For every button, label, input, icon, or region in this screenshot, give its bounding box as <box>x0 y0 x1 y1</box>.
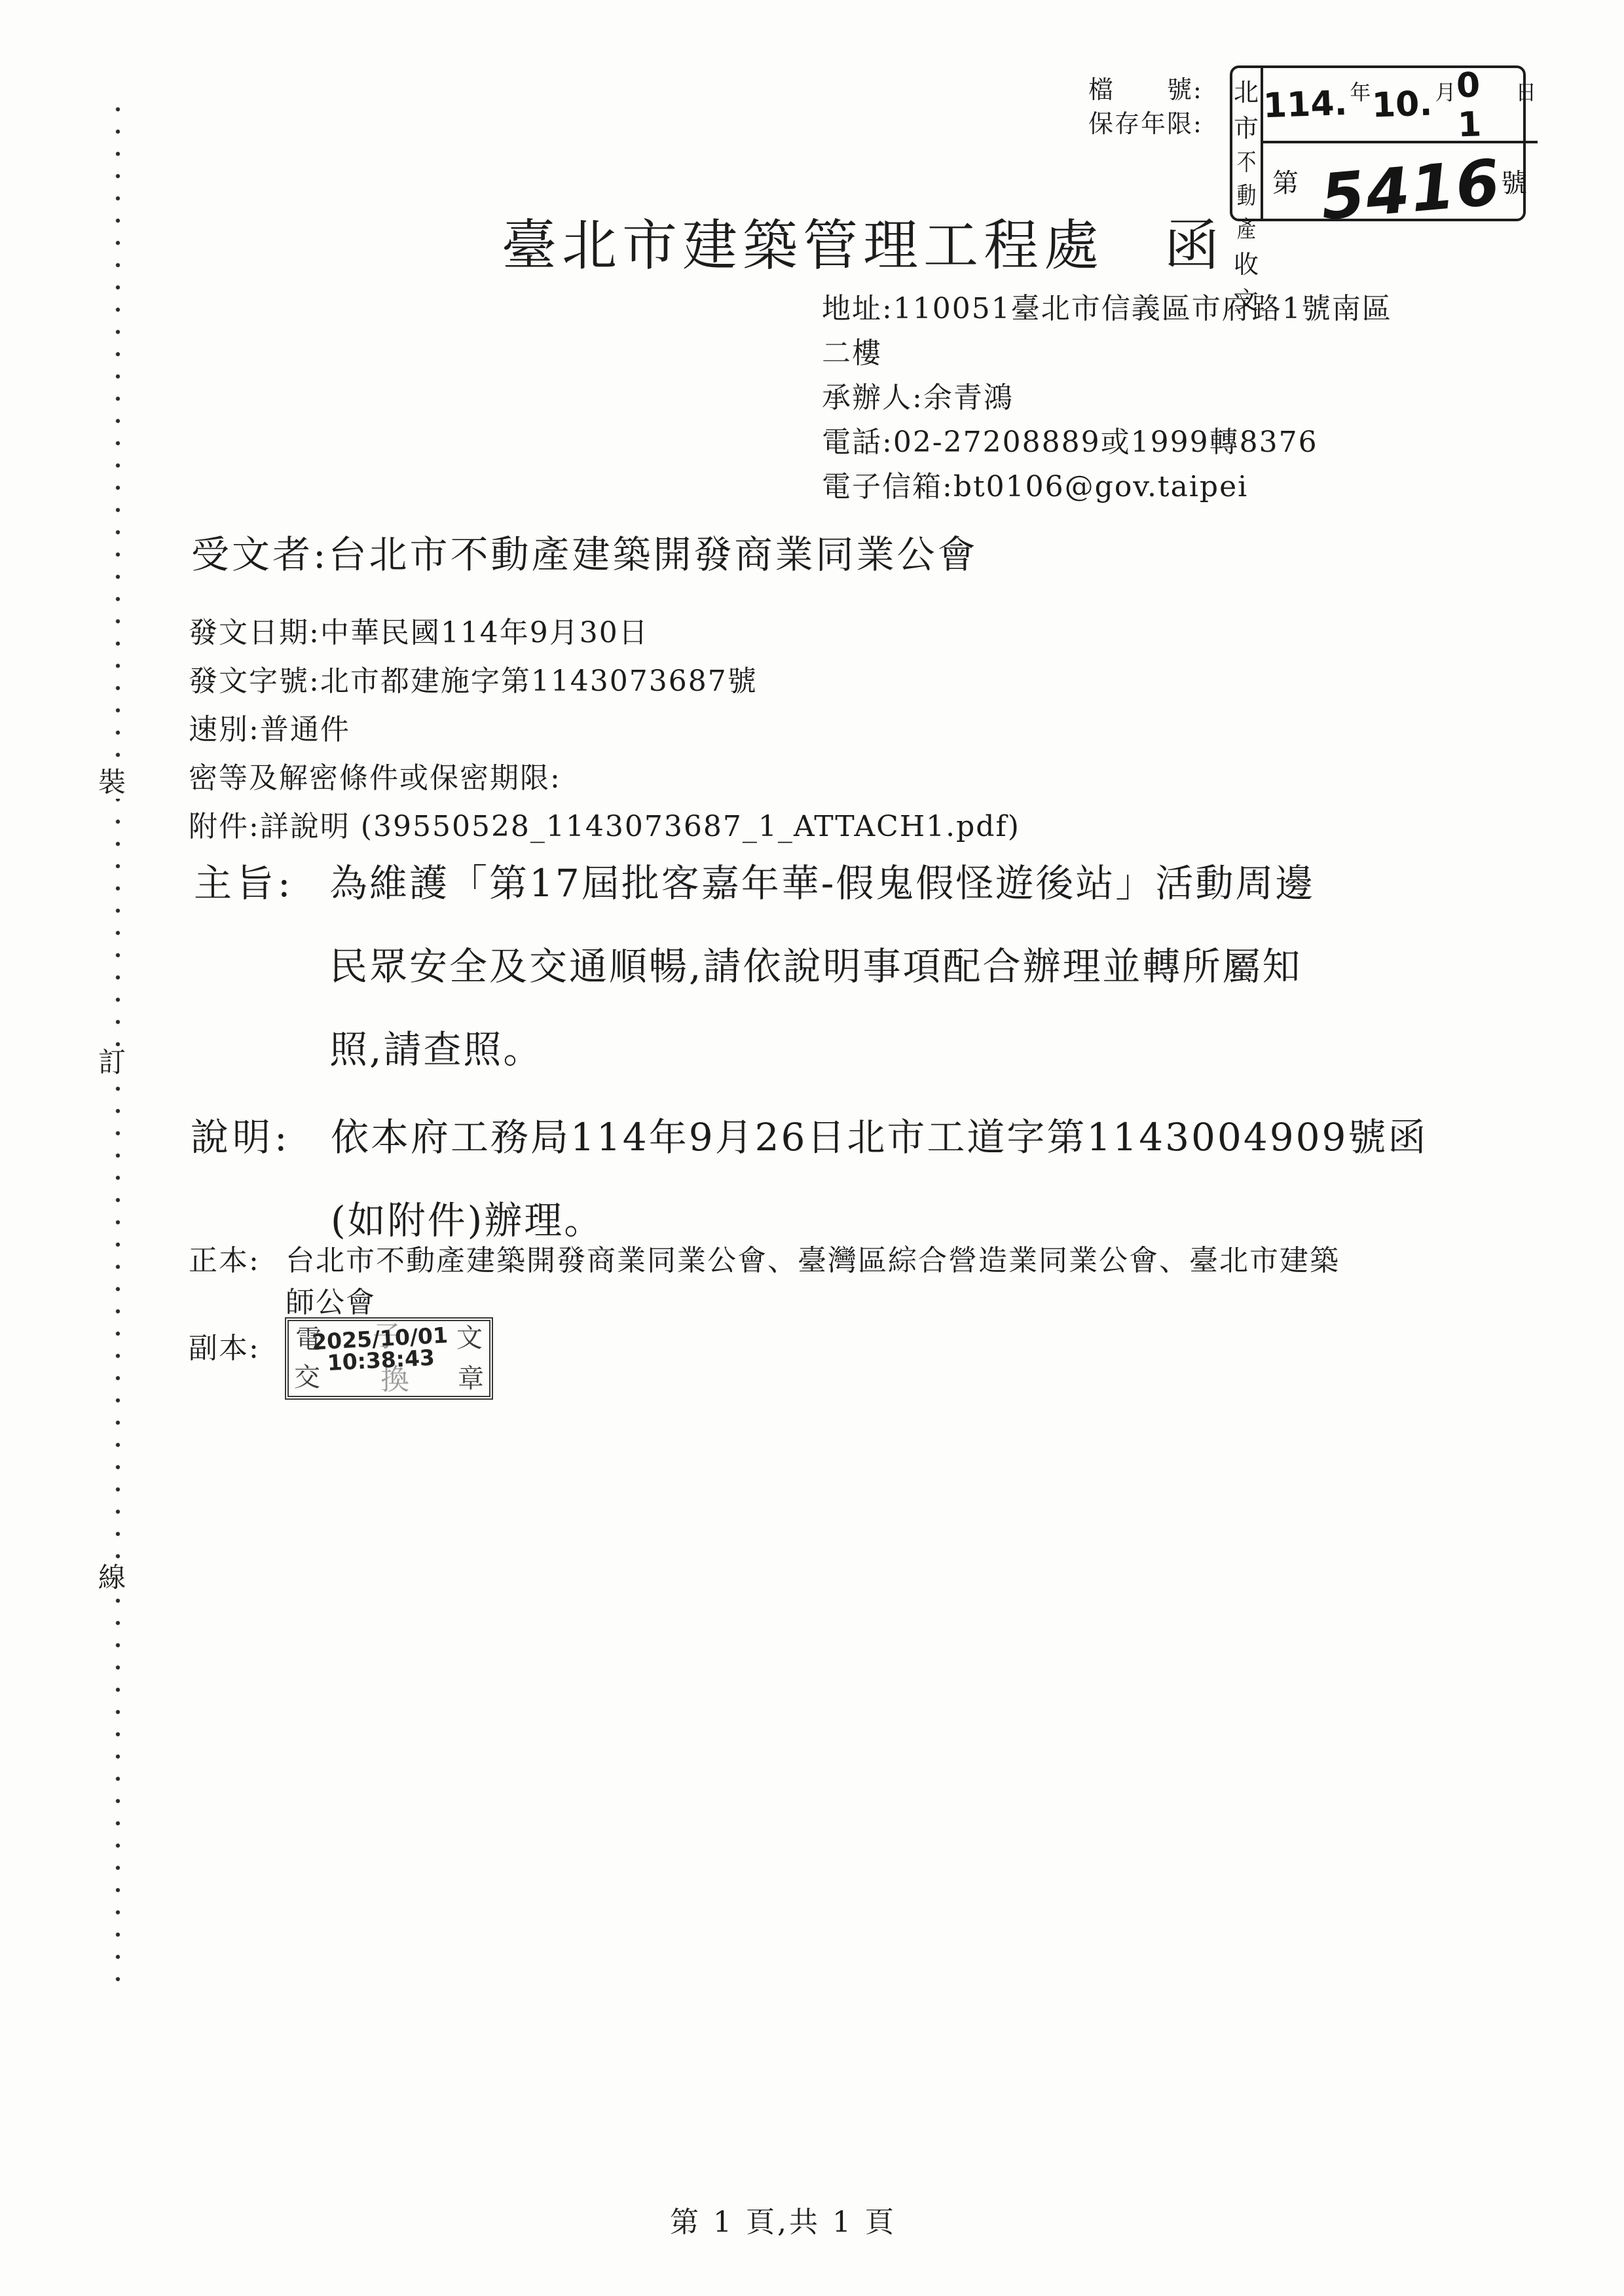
retention-period-label: 保存年限: <box>1088 107 1203 140</box>
receipt-stamp-org: 北市 不動產 收文 <box>1232 68 1263 219</box>
description-line1: 依本府工務局114年9月26日北市工道字第1143004909號函 <box>331 1106 1428 1161</box>
receipt-number-handwritten: 5416 <box>1318 145 1504 234</box>
receipt-number-suffix: 號 <box>1501 162 1527 200</box>
security-classification: 密等及解密條件或保密期限: <box>189 754 1020 803</box>
priority: 速別:普通件 <box>189 706 1020 754</box>
sender-contact-person: 承辦人:余青鴻 <box>822 376 1392 420</box>
page-footer: 第 1 頁,共 1 頁 <box>670 2198 896 2240</box>
receipt-date-day: 0 1 <box>1456 64 1514 145</box>
document-title: 臺北市建築管理工程處 函 <box>502 202 1225 281</box>
exchange-stamp-time: 10:38:43 <box>312 1346 449 1375</box>
receipt-stamp-number-row: 第 5416 號 <box>1263 143 1538 219</box>
receipt-stamp: 北市 不動產 收文 114. 年 10. 月 0 1 日 第 5416 號 <box>1230 65 1526 221</box>
sender-address-line1: 地址:110051臺北市信義區市府路1號南區 <box>822 287 1392 331</box>
description-label: 說明: <box>191 1106 291 1161</box>
receipt-date-month: 10. <box>1371 84 1433 125</box>
exchange-stamp-char-zhang: 章 <box>458 1366 484 1392</box>
sender-phone: 電話:02-27208889或1999轉8376 <box>822 420 1392 465</box>
meta-block: 發文日期:中華民國114年9月30日 發文字號:北市都建施字第114307368… <box>189 609 1020 851</box>
cc-copy-label: 副本: <box>189 1328 260 1370</box>
electronic-exchange-stamp: 電 文 交 章 子 換 2025/10/01 10:38:43 <box>285 1317 493 1400</box>
receipt-date-month-unit: 月 <box>1435 68 1456 106</box>
issue-date: 發文日期:中華民國114年9月30日 <box>189 609 1020 657</box>
sender-address-line2: 二樓 <box>822 331 1392 376</box>
receipt-date-year-unit: 年 <box>1350 68 1371 106</box>
binding-mark-xian: 線 <box>98 1561 126 1594</box>
original-copy-label: 正本: <box>189 1240 260 1282</box>
binding-mark-ding: 訂 <box>98 1046 126 1079</box>
receipt-stamp-org-line1: 北市 <box>1234 72 1259 144</box>
sender-email: 電子信箱:bt0106@gov.taipei <box>822 465 1392 509</box>
subject-line2: 民眾安全及交通順暢,請依說明事項配合辦理並轉所屬知 <box>329 936 1302 991</box>
subject-line3: 照,請查照。 <box>329 1019 543 1074</box>
archive-number-label: 檔 號: <box>1088 73 1203 106</box>
subject-line1: 為維護「第17屆批客嘉年華-假鬼假怪遊後站」活動周邊 <box>329 852 1315 907</box>
scanned-official-letter: 裝 訂 線 檔 號: 保存年限: 北市 不動產 收文 114. 年 10. 月 … <box>0 0 1624 2296</box>
exchange-stamp-datetime: 2025/10/01 10:38:43 <box>311 1324 449 1375</box>
sender-contact-block: 地址:110051臺北市信義區市府路1號南區 二樓 承辦人:余青鴻 電話:02-… <box>822 287 1392 509</box>
receipt-number-prefix: 第 <box>1272 162 1299 200</box>
receipt-stamp-org-line2: 不動產 <box>1236 144 1257 244</box>
original-copy-line1: 台北市不動產建築開發商業同業公會、臺灣區綜合營造業同業公會、臺北市建築 <box>286 1240 1340 1282</box>
binding-mark-zhuang: 裝 <box>98 766 126 799</box>
receipt-date-day-unit: 日 <box>1515 68 1536 106</box>
attachment-note: 附件:詳說明 (39550528_1143073687_1_ATTACH1.pd… <box>189 803 1020 851</box>
recipient-line: 受文者:台北市不動產建築開發商業同業公會 <box>191 524 978 579</box>
description-line2: (如附件)辦理。 <box>331 1190 604 1245</box>
subject-label: 主旨: <box>194 852 295 907</box>
receipt-stamp-date-row: 114. 年 10. 月 0 1 日 <box>1263 68 1538 143</box>
exchange-stamp-char-wen: 文 <box>456 1325 483 1351</box>
issue-number: 發文字號:北市都建施字第1143073687號 <box>189 657 1020 706</box>
receipt-stamp-right: 114. 年 10. 月 0 1 日 第 5416 號 <box>1263 68 1538 219</box>
receipt-date-year: 114. <box>1263 83 1348 125</box>
